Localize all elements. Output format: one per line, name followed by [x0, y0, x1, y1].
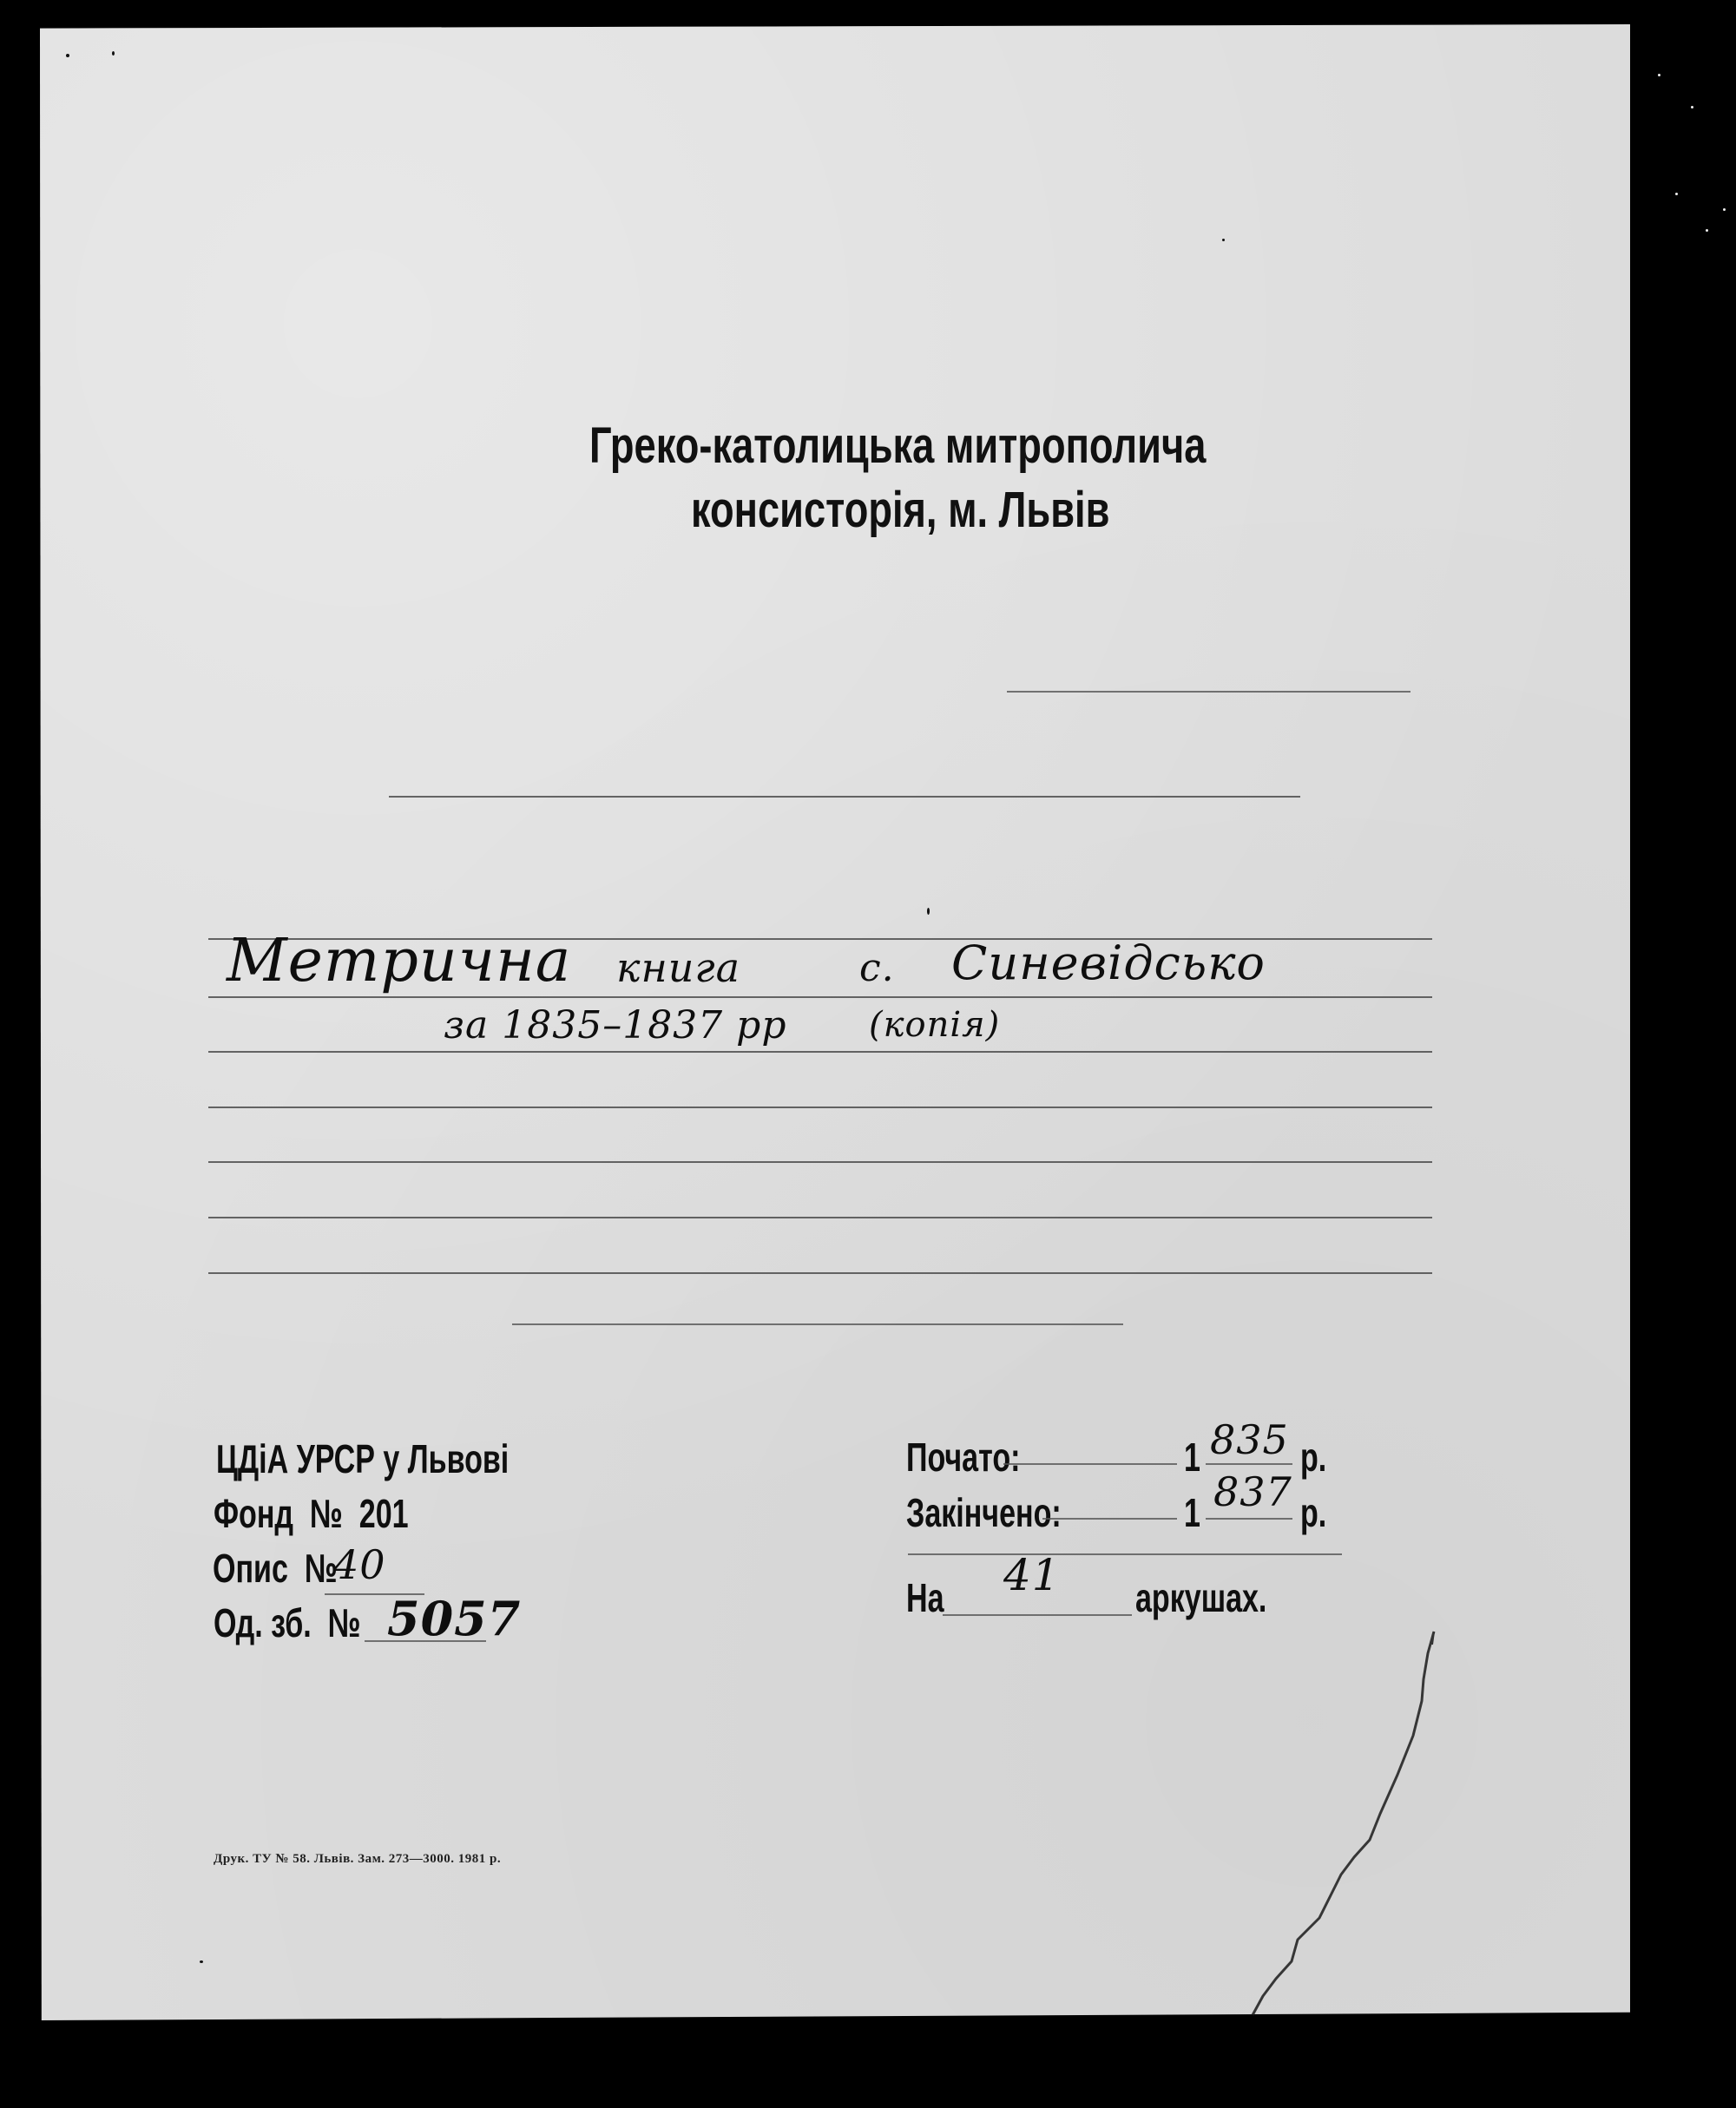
- background-speck: [1706, 229, 1708, 232]
- background-speck: [1658, 74, 1660, 76]
- background-speck: [1723, 208, 1726, 211]
- paper-crack: [0, 0, 1736, 2108]
- background-speck: [1675, 193, 1678, 195]
- background-speck: [1691, 106, 1693, 108]
